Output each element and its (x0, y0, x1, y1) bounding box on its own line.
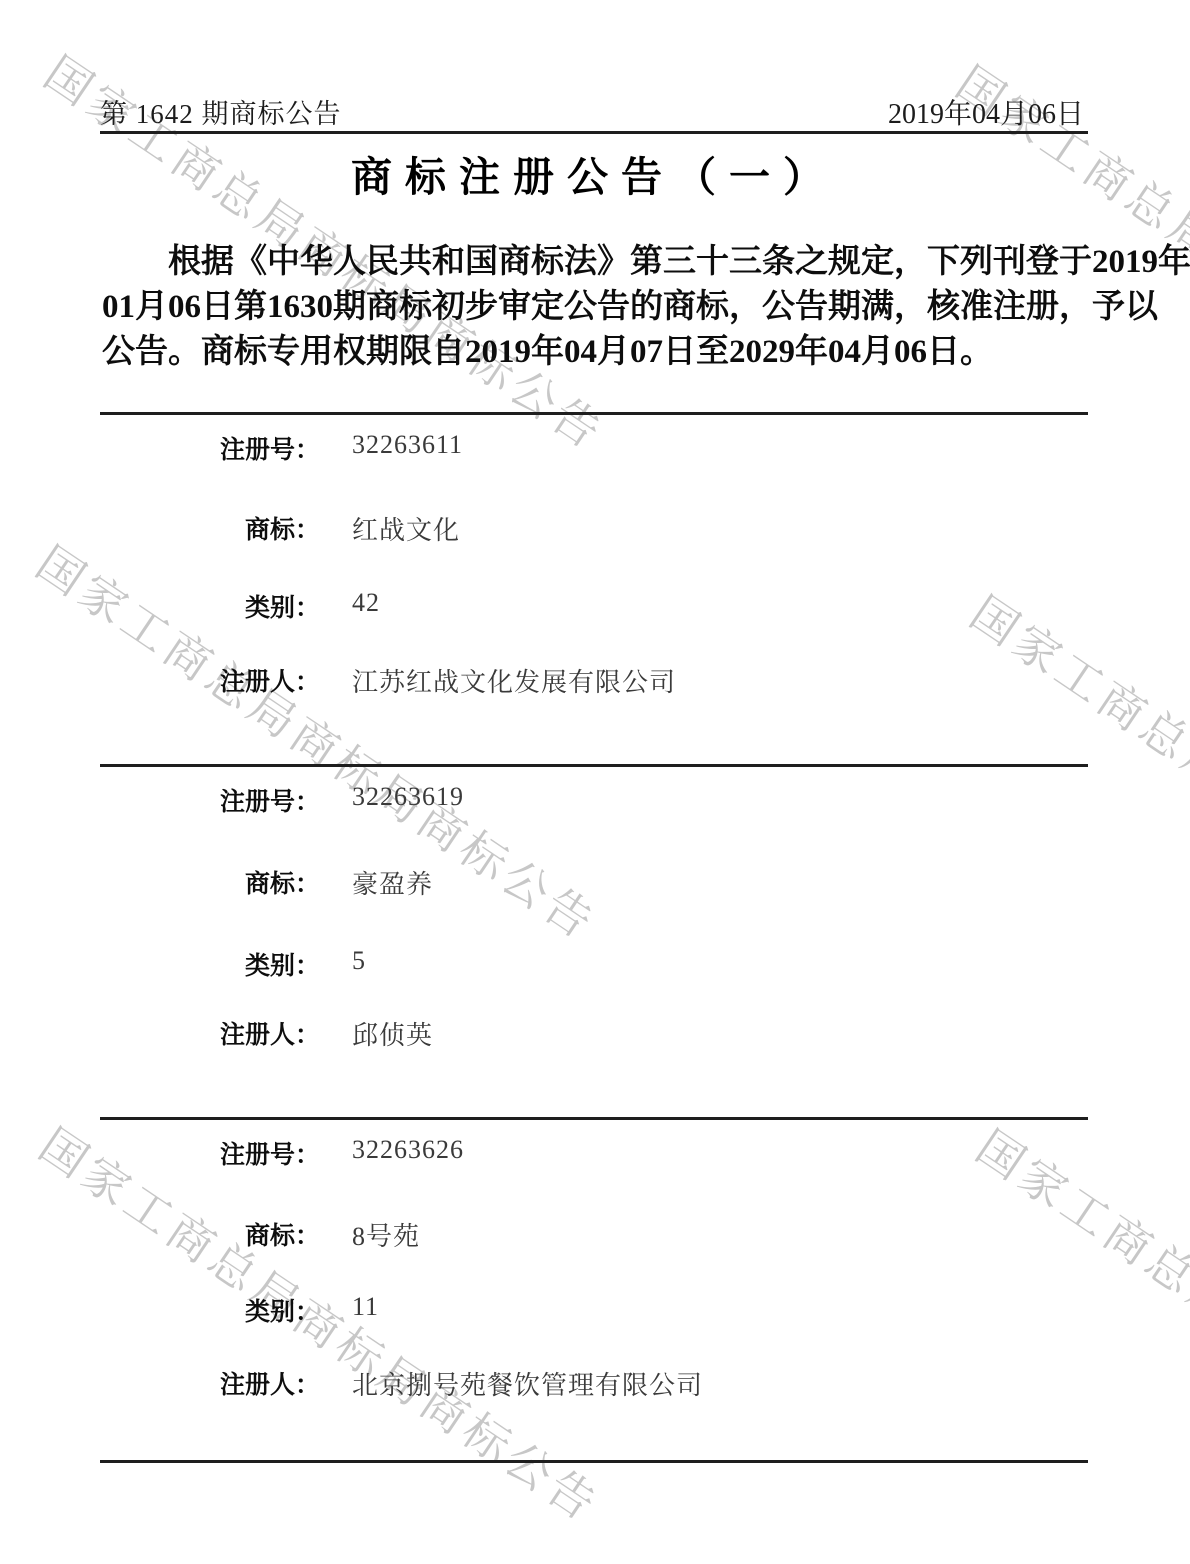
registrant-value: 邱侦英 (352, 1015, 433, 1052)
bottom-rule (100, 1460, 1088, 1463)
watermark-middle-right: 国家工商总局商标局商标公告 (959, 578, 1190, 1003)
trademark-label: 商标： (100, 1216, 320, 1252)
record-separator (100, 412, 1088, 415)
reg-no-label: 注册号： (100, 1135, 320, 1171)
reg-no-label: 注册号： (100, 430, 320, 466)
intro-line-2: 01月06日第1630期商标初步审定公告的商标，公告期满，核准注册，予以 (102, 285, 1088, 330)
trademark-value: 8号苑 (352, 1216, 420, 1253)
header-rule (100, 131, 1088, 134)
registrant-label: 注册人： (100, 1015, 320, 1051)
document-page: 国家工商总局商标局商标公告 国家工商总局商标局商标公告 国家工商总局商标局商标公… (0, 0, 1190, 1564)
trademark-label: 商标： (100, 864, 320, 900)
trademark-label: 商标： (100, 510, 320, 546)
record-separator (100, 764, 1088, 767)
reg-no-value: 32263611 (352, 430, 463, 460)
reg-no-label: 注册号： (100, 782, 320, 818)
trademark-value: 红战文化 (352, 510, 460, 547)
category-value: 5 (352, 946, 366, 976)
intro-paragraph: 根据《中华人民共和国商标法》第三十三条之规定，下列刊登于2019年 01月06日… (102, 240, 1088, 375)
page-title: 商标注册公告（一） (100, 144, 1088, 203)
registrant-value: 江苏红战文化发展有限公司 (352, 662, 676, 699)
registrant-label: 注册人： (100, 662, 320, 698)
record-separator (100, 1117, 1088, 1120)
intro-line-1: 根据《中华人民共和国商标法》第三十三条之规定，下列刊登于2019年 (102, 240, 1088, 285)
watermark-bottom-right: 国家工商总局商标局商标公告 (965, 1112, 1190, 1537)
reg-no-value: 32263626 (352, 1135, 464, 1165)
category-label: 类别： (100, 1292, 320, 1328)
registrant-value: 北京捌号苑餐饮管理有限公司 (352, 1365, 703, 1402)
gazette-date: 2019年04月06日 (888, 92, 1084, 132)
registrant-label: 注册人： (100, 1365, 320, 1401)
trademark-value: 豪盈养 (352, 864, 433, 901)
category-label: 类别： (100, 946, 320, 982)
category-value: 11 (352, 1292, 379, 1322)
reg-no-value: 32263619 (352, 782, 464, 812)
intro-line-3: 公告。商标专用权期限自2019年04月07日至2029年04月06日。 (102, 330, 1088, 375)
category-value: 42 (352, 588, 380, 618)
gazette-issue-number: 第 1642 期商标公告 (100, 92, 342, 131)
category-label: 类别： (100, 588, 320, 624)
